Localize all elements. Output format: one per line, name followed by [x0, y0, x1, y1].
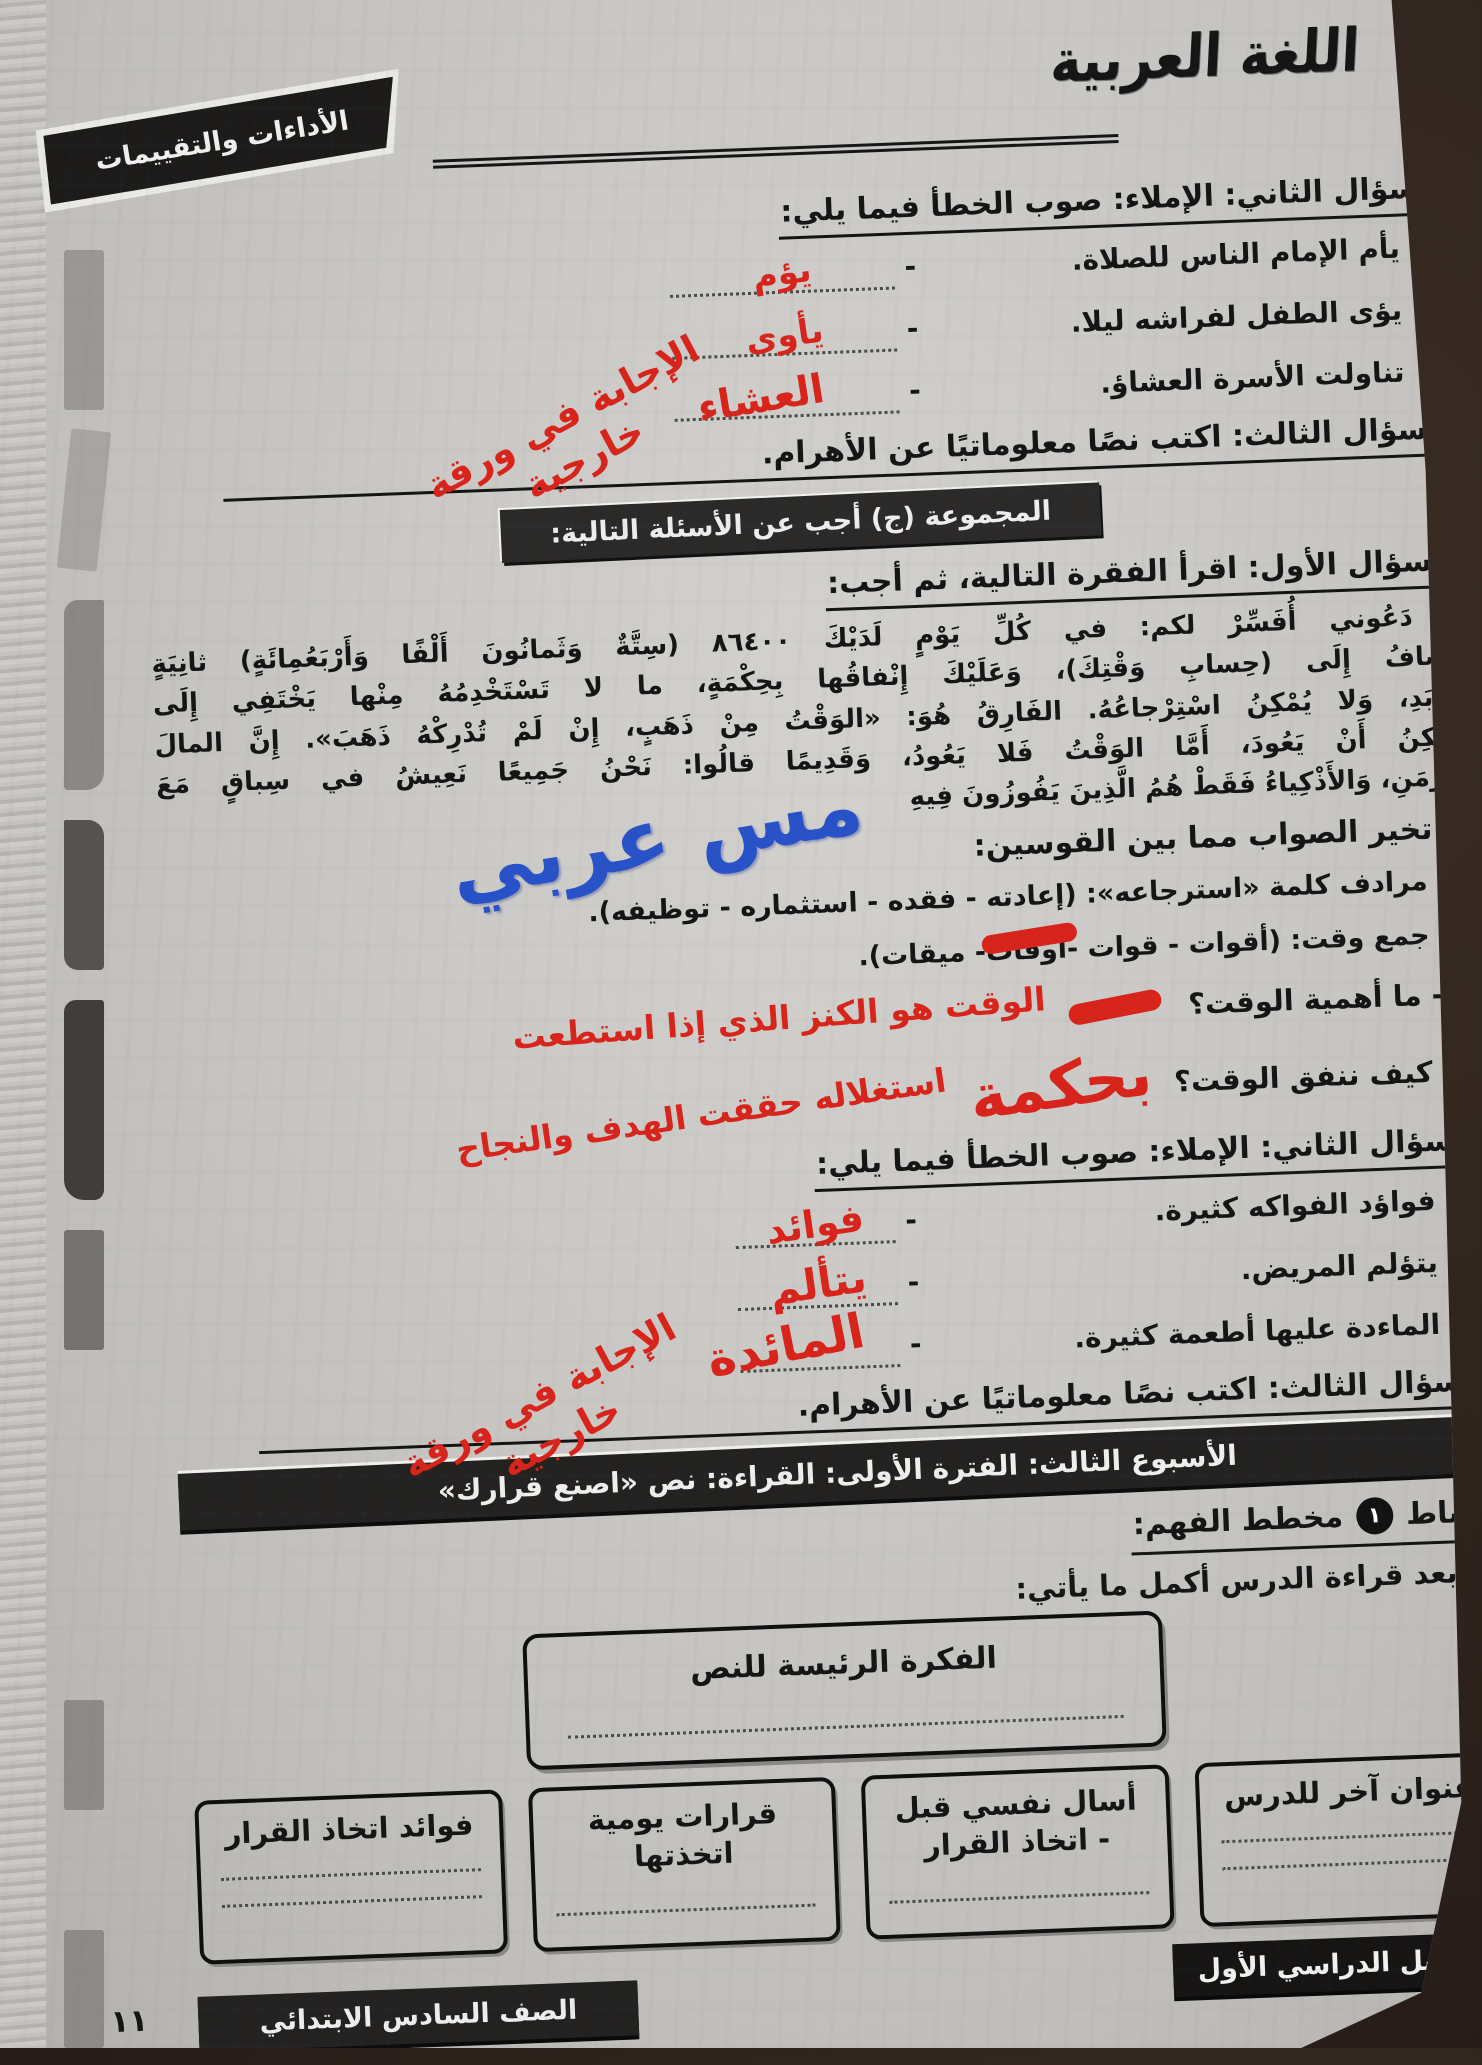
- handwritten-correction: المائدة: [703, 1307, 868, 1385]
- map-box-title: فوائد اتخاذ القرار: [211, 1806, 488, 1854]
- dictation-item: فواؤد الفواكه كثيرة. - فوائد: [172, 1168, 1481, 1279]
- choice-item-text-pre: جمع وقت: (أقوات - قوات -: [1066, 920, 1430, 965]
- main-idea-box-title: الفكرة الرئيسة للنص: [527, 1635, 1160, 1694]
- margin-calligraphy-fragment: [64, 600, 104, 790]
- handwritten-note: الإجابة في ورقة خارجية: [334, 1272, 766, 1561]
- main-idea-box: الفكرة الرئيسة للنص: [522, 1611, 1167, 1771]
- dotted-answer-line: العشاء: [673, 367, 900, 421]
- choice-item-text-post: - ميقات).: [858, 937, 987, 973]
- dictation-item-text: فواؤد الفواكه كثيرة.: [930, 1184, 1436, 1236]
- map-box-title: أسال نفسي قبل: [877, 1781, 1154, 1829]
- bullet-dot-icon: [1445, 874, 1458, 887]
- handwritten-correction: فوائد: [764, 1199, 866, 1251]
- bullet-dot-icon: [1462, 1316, 1475, 1329]
- map-box-subtitle: اتخذتها: [545, 1832, 822, 1880]
- arabic-language-logo: اللغة العربية: [1049, 17, 1361, 97]
- dotted-write-line: [889, 1891, 1148, 1904]
- margin-calligraphy-fragment: [64, 820, 104, 970]
- map-box-ask-myself: أسال نفسي قبل - اتخاذ القرار: [861, 1765, 1174, 1940]
- activity-number-badge: ١: [1355, 1497, 1393, 1535]
- activity-label: نشاط: [1405, 1495, 1482, 1533]
- dotted-answer-line: يأوى: [671, 305, 898, 359]
- teacher-watermark: مس عربي: [441, 742, 872, 934]
- q3-mid-section: السؤال الثالث: اكتب نصًا معلوماتيًا عن ا…: [180, 1364, 1482, 1458]
- dotted-answer-line: المائدة: [739, 1322, 901, 1374]
- q2-mid-title: السؤال الثاني: الإملاء: صوب الخطأ فيما ي…: [814, 1123, 1480, 1193]
- week-banner: الأسبوع الثالث: الفترة الأولى: القراءة: …: [178, 1416, 1482, 1532]
- paragraph-line: يُمْكِنُ أَنْ يَعُودَ، أَمَّا الوَقْتُ ف…: [155, 716, 1464, 805]
- handwritten-correction: يأوى: [744, 313, 826, 358]
- dotted-answer-line: يؤم: [669, 244, 896, 298]
- concept-map-row: عنوان آخر للدرس أسال نفسي قبل - اتخاذ ال…: [194, 1752, 1482, 1965]
- dictation-item-text: يتؤلم المريض.: [933, 1246, 1439, 1298]
- dictation-item: تناولت الأسرة العشاؤ. - العشاء: [141, 339, 1450, 450]
- handwritten-answer: استغلاله حققت الهدف والنجاح: [453, 1060, 948, 1169]
- page-header: اللغة العربية الأداءات والتقييمات: [129, 14, 1442, 211]
- dictation-item: يؤى الطفل لفراشه ليلا. - يأوى: [139, 277, 1448, 388]
- reading-paragraph: دَعُوني أُفَسِّرْ لكم: في كُلِّ يَوْمٍ ل…: [151, 596, 1466, 846]
- map-box-title: قرارات يومية: [544, 1794, 821, 1842]
- bullet-dot-icon: [1460, 1254, 1473, 1267]
- handwritten-note: الإجابة في ورقة خارجية: [357, 293, 789, 582]
- bullet-dot-icon: [1457, 1193, 1470, 1206]
- dictation-item: يأم الإمام الناس للصلاة. - يؤم: [136, 215, 1445, 326]
- bullet-dot-icon: [1421, 240, 1434, 253]
- dotted-write-line: [556, 1903, 815, 1916]
- question-c-row: ج- كيف ننفق الوقت؟ بحكمة استغلاله حققت ا…: [167, 1027, 1477, 1164]
- choice-item: مرادف كلمة «استرجاعه»: (إعادته - فقده - …: [160, 853, 1469, 956]
- q2-top-title: السؤال الثاني: الإملاء: صوب الخطأ فيما ي…: [778, 170, 1444, 240]
- paragraph-line: دَعُوني أُفَسِّرْ لكم: في كُلِّ يَوْمٍ ل…: [151, 596, 1460, 685]
- bullet-dot-icon: [1424, 302, 1437, 315]
- marked-option: أوقات: [985, 933, 1067, 967]
- paragraph-line: تُضافُ إِلَى (حِسابِ وَقْتِكَ)، وَعَلَيْ…: [152, 636, 1461, 725]
- workbook-page: اللغة العربية الأداءات والتقييمات السؤال…: [0, 0, 1482, 2048]
- q1-title: السؤال الأول: اقرأ الفقرة التالية، ثم أج…: [825, 543, 1458, 612]
- group-c-banner: المجموعة (ج) أجب عن الأسئلة التالية:: [500, 482, 1102, 563]
- dotted-write-line: [222, 1895, 481, 1908]
- map-box-daily-decisions: قرارات يومية اتخذتها: [527, 1777, 840, 1952]
- q3-top-section: السؤال الثالث: اكتب نصًا معلوماتيًا عن ا…: [144, 411, 1453, 505]
- dictation-item-text: يأم الإمام الناس للصلاة.: [929, 231, 1400, 282]
- margin-bar: [64, 1230, 104, 1350]
- handwritten-correction: العشاء: [695, 369, 827, 429]
- dotted-write-line: [568, 1715, 1124, 1739]
- handwritten-answer-big: بحكمة: [966, 1043, 1156, 1130]
- dictation-item-text: تناولت الأسرة العشاؤ.: [934, 355, 1405, 406]
- assessments-banner: الأداءات والتقييمات: [39, 77, 404, 205]
- map-box-title: عنوان آخر للدرس: [1211, 1769, 1482, 1817]
- map-box-other-title: عنوان آخر للدرس: [1194, 1752, 1482, 1927]
- map-box-subtitle: - اتخاذ القرار: [879, 1819, 1156, 1867]
- margin-bar: [64, 1930, 104, 2048]
- q3-top-title: السؤال الثالث: اكتب نصًا معلوماتيًا عن ا…: [222, 411, 1452, 502]
- handwritten-correction: يؤم: [751, 253, 814, 295]
- page-number: ١١: [110, 2003, 149, 2040]
- handwritten-answer: الوقت هو الكنز الذي إذا استطعت: [466, 977, 1048, 1063]
- header-divider-rule: [433, 134, 1119, 169]
- map-box-benefits: فوائد اتخاذ القرار: [194, 1790, 507, 1965]
- question-b-label: ب- ما أهمية الوقت؟: [1188, 977, 1474, 1022]
- question-c-label: ج- كيف ننفق الوقت؟: [1174, 1054, 1477, 1099]
- red-marker-dash: [1067, 988, 1163, 1027]
- paragraph-line: الزَّمَنِ، وَالأَذْكِياءُ فَقَطْ هُمُ ال…: [157, 757, 1466, 846]
- page-content: اللغة العربية الأداءات والتقييمات السؤال…: [129, 14, 1482, 2048]
- assessments-banner-outline: الأداءات والتقييمات: [31, 69, 412, 213]
- margin-art-column: [58, 0, 116, 2048]
- choose-title: أ. تخير الصواب مما بين القوسين:: [971, 811, 1467, 872]
- q3-mid-title: السؤال الثالث: اكتب نصًا معلوماتيًا عن ا…: [258, 1364, 1482, 1455]
- activity-heading: نشاط ١ مخطط الفهم:: [1130, 1489, 1482, 1556]
- semester-label: الفصل الدراسي الأول: [1173, 1932, 1482, 1998]
- answer-dash: -: [904, 249, 917, 282]
- question-b-row: ب- ما أهمية الوقت؟ الوقت هو الكنز الذي إ…: [164, 961, 1474, 1076]
- answer-dash: -: [906, 311, 919, 344]
- choice-item-text: مرادف كلمة «استرجاعه»: (إعادته - فقده - …: [588, 866, 1428, 928]
- paragraph-line: الأَبَدِ، وَلا يُمْكِنُ اسْتِرْجاعُهُ. ا…: [154, 676, 1463, 765]
- margin-bar: [57, 428, 111, 571]
- margin-bar: [64, 1700, 104, 1810]
- page-binding-texture: [0, 0, 46, 2048]
- handwritten-correction: يتألم: [766, 1257, 868, 1312]
- answer-dash: -: [907, 1265, 920, 1298]
- bullet-dot-icon: [1426, 364, 1439, 377]
- dictation-item-text: الماءدة عليها أطعمة كثيرة.: [935, 1308, 1441, 1360]
- answer-dash: -: [909, 1327, 922, 1360]
- choice-item: جمع وقت: (أقوات - قوات - أوقات - ميقات).: [162, 907, 1471, 1010]
- dotted-write-line: [221, 1868, 480, 1881]
- dictation-item-text: يؤى الطفل لفراشه ليلا.: [932, 293, 1403, 344]
- dictation-item: الماءدة عليها أطعمة كثيرة. - المائدة: [177, 1292, 1482, 1403]
- dictation-item: يتؤلم المريض. - يتألم: [175, 1230, 1482, 1341]
- margin-bar: [64, 250, 104, 410]
- bullet-dot-icon: [1447, 928, 1460, 941]
- answer-dash: -: [905, 1203, 918, 1236]
- grade-label: الصف السادس الابتدائي: [198, 1981, 640, 2048]
- dotted-write-line: [1221, 1831, 1480, 1844]
- activity-instruction: أ. بعد قراءة الدرس أكمل ما يأتي:: [193, 1555, 1482, 1638]
- activity-title: مخطط الفهم:: [1132, 1500, 1344, 1543]
- margin-calligraphy-fragment: [64, 1000, 104, 1200]
- dotted-write-line: [1222, 1858, 1481, 1871]
- dotted-answer-line: يتألم: [737, 1260, 899, 1312]
- dotted-answer-line: فوائد: [735, 1198, 897, 1250]
- page-footer: الفصل الدراسي الأول الصف السادس الابتدائ…: [201, 1932, 1482, 2048]
- answer-dash: -: [908, 373, 921, 406]
